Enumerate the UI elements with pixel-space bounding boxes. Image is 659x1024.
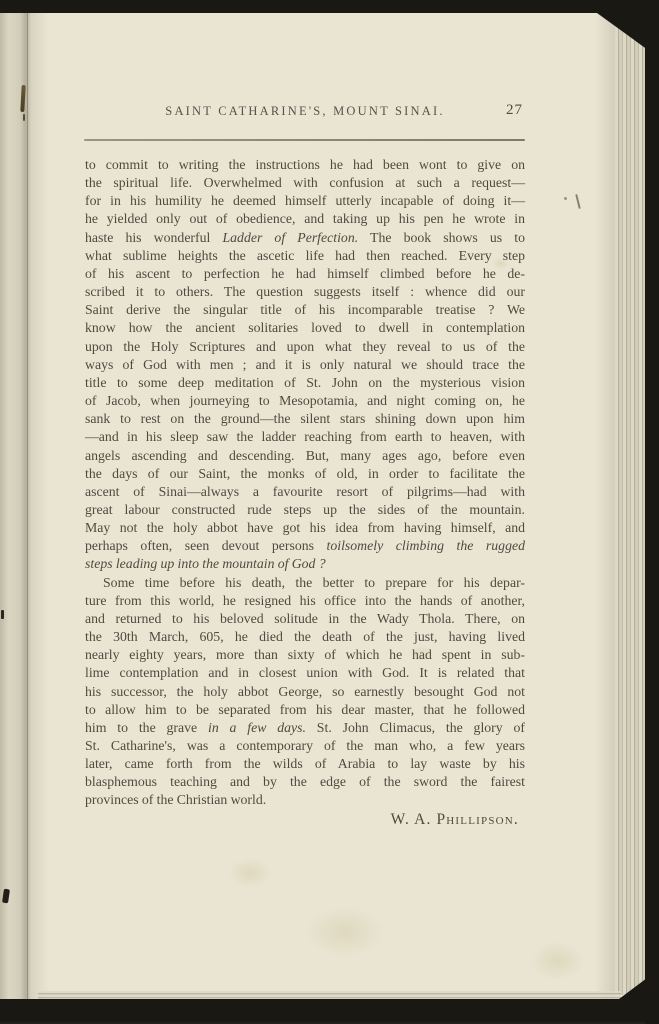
text-line: scribed it to others. The question sugge… <box>85 283 525 301</box>
text-line: his successor, the holy abbot George, so… <box>85 683 525 701</box>
text-line: the days of our Saint, the monks of old,… <box>85 465 525 483</box>
text-line: the spiritual life. Overwhelmed with con… <box>85 174 525 192</box>
text-line: Some time before his death, the better t… <box>85 574 525 592</box>
text-line: the 30th March, 605, he died the death o… <box>85 628 525 646</box>
text-line: of his ascent to perfection he had himse… <box>85 265 525 283</box>
text-line: for in his humility he deemed himself ut… <box>85 192 525 210</box>
book-scan: SAINT CATHARINE'S, MOUNT SINAI. 27 to co… <box>0 0 659 1024</box>
text-line: what sublime heights the ascetic life ha… <box>85 247 525 265</box>
gutter-crack-mark <box>23 114 25 121</box>
text-line: to allow him to be separated from his de… <box>85 701 525 719</box>
text-line: him to the grave in a few days. St. John… <box>85 719 525 737</box>
book-cover-right-edge <box>645 0 659 1024</box>
paper-stain <box>530 941 585 981</box>
text-line: ways of God with men ; and it is only na… <box>85 356 525 374</box>
edge-nick-mark <box>1 610 4 619</box>
text-line: steps leading up into the mountain of Go… <box>85 555 525 573</box>
running-title: SAINT CATHARINE'S, MOUNT SINAI. <box>85 104 525 119</box>
body-text: to commit to writing the instructions he… <box>85 156 525 810</box>
text-line: later, came forth from the wilds of Arab… <box>85 755 525 773</box>
book-page: SAINT CATHARINE'S, MOUNT SINAI. 27 to co… <box>0 13 645 999</box>
text-line: know how the ancient solitaries loved to… <box>85 319 525 337</box>
text-line: lime contemplation and in closest union … <box>85 664 525 682</box>
text-line: angels ascending and descending. But, ma… <box>85 447 525 465</box>
signature: W. A. Phillipson. <box>85 811 525 829</box>
paper-stain <box>305 906 385 958</box>
text-line: blasphemous teaching and by the edge of … <box>85 773 525 791</box>
running-header: SAINT CATHARINE'S, MOUNT SINAI. 27 <box>85 104 525 124</box>
text-line: provinces of the Christian world. <box>85 791 525 809</box>
stacked-page-edges-right <box>615 16 645 995</box>
text-line: —and in his sleep saw the ladder reachin… <box>85 428 525 446</box>
text-line: of Jacob, when journeying to Mesopotamia… <box>85 392 525 410</box>
text-line: sank to rest on the ground—the silent st… <box>85 410 525 428</box>
text-line: ture from this world, he resigned his of… <box>85 592 525 610</box>
book-cover-top-edge <box>0 0 659 13</box>
stacked-page-edges-bottom <box>38 991 621 999</box>
text-line: upon the Holy Scriptures and upon what t… <box>85 338 525 356</box>
text-line: perhaps often, seen devout persons toils… <box>85 537 525 555</box>
text-line: he yielded only out of obedience, and ta… <box>85 210 525 228</box>
page-body: to commit to writing the instructions he… <box>85 156 525 829</box>
text-line: to commit to writing the instructions he… <box>85 156 525 174</box>
book-cover-bottom-edge <box>0 999 659 1024</box>
header-rule <box>84 139 525 141</box>
text-line: ascent of Sinai—always a favourite resor… <box>85 483 525 501</box>
page-number: 27 <box>506 102 523 119</box>
text-line: haste his wonderful Ladder of Perfection… <box>85 229 525 247</box>
text-line: May not the holy abbot have got his idea… <box>85 519 525 537</box>
gutter-fold-line <box>27 13 28 999</box>
text-line: St. Catharine's, was a contemporary of t… <box>85 737 525 755</box>
gutter-crack-mark <box>20 85 25 112</box>
text-line: and returned to his beloved solitude in … <box>85 610 525 628</box>
paper-stain <box>228 858 272 888</box>
margin-pen-dot <box>564 197 567 200</box>
text-line: great labour constructed rude steps up t… <box>85 501 525 519</box>
page-curvature-shade <box>595 13 615 999</box>
text-line: title to some deep meditation of St. Joh… <box>85 374 525 392</box>
text-line: nearly eighty years, more than sixty of … <box>85 646 525 664</box>
text-line: Saint derive the singular title of his i… <box>85 301 525 319</box>
